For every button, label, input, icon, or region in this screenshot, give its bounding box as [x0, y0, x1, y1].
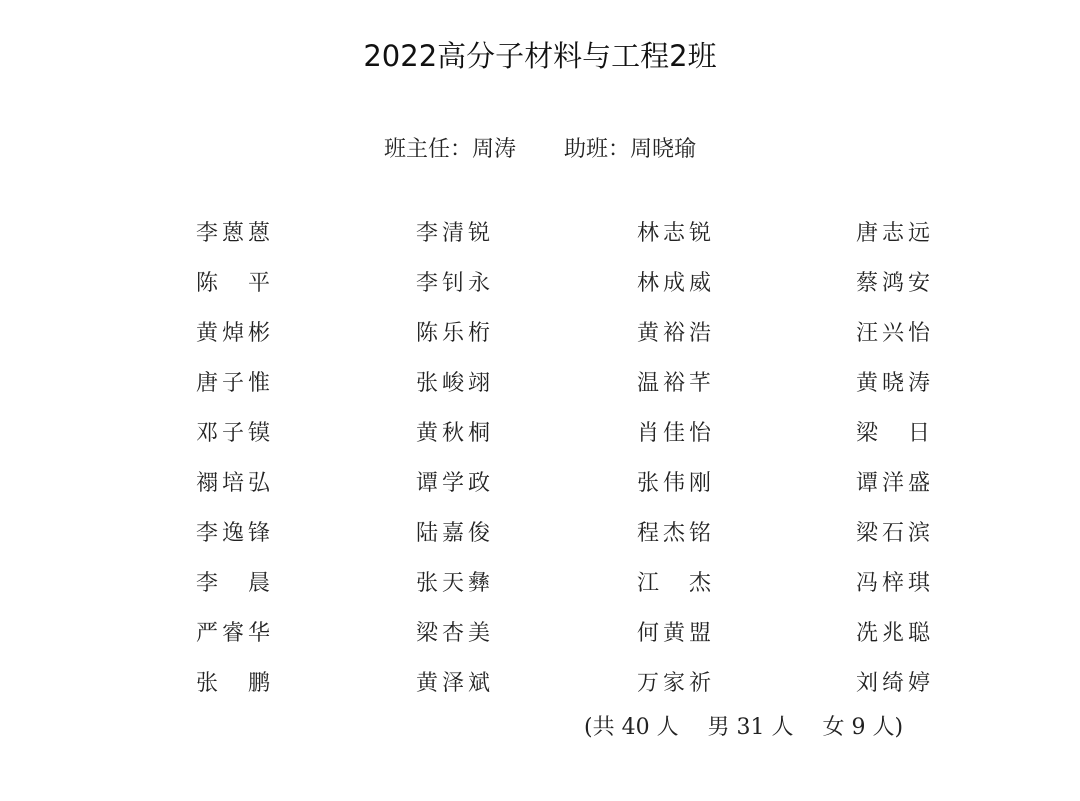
student-name: 梁 日 — [856, 416, 930, 452]
student-name: 何黄盟 — [637, 616, 711, 652]
student-name: 肖佳怡 — [637, 416, 711, 452]
student-name: 黄泽斌 — [416, 666, 490, 702]
student-name: 李 晨 — [196, 566, 270, 602]
student-name: 黄秋桐 — [416, 416, 490, 452]
student-name: 江 杰 — [637, 566, 711, 602]
student-name: 李钊永 — [416, 266, 490, 302]
roster-row: 陈 平 李钊永 林成威 蔡鸿安 — [196, 266, 932, 316]
student-name: 陈 平 — [196, 266, 270, 302]
student-name: 李蒽蒽 — [196, 216, 270, 252]
roster-row: 张 鹏 黄泽斌 万家祈 刘绮婷 — [196, 666, 932, 716]
student-name: 程杰铭 — [637, 516, 711, 552]
roster-row: 李 晨 张天彝 江 杰 冯梓琪 — [196, 566, 932, 616]
headcount-summary: (共 40 人 男 31 人 女 9 人) — [584, 710, 903, 741]
student-name: 唐子惟 — [196, 366, 270, 402]
student-name: 谭学政 — [416, 466, 490, 502]
student-name: 邓子镆 — [196, 416, 270, 452]
roster-row: 李蒽蒽 李清锐 林志锐 唐志远 — [196, 216, 932, 266]
student-name: 蔡鸿安 — [856, 266, 930, 302]
student-name: 冯梓琪 — [856, 566, 930, 602]
staff-line: 班主任：周涛助班：周晓瑜 — [0, 132, 1080, 163]
student-name: 刘绮婷 — [856, 666, 930, 702]
roster-row: 禤培弘 谭学政 张伟刚 谭洋盛 — [196, 466, 932, 516]
student-name: 黄晓涛 — [856, 366, 930, 402]
roster-row: 邓子镆 黄秋桐 肖佳怡 梁 日 — [196, 416, 932, 466]
student-name: 谭洋盛 — [856, 466, 930, 502]
student-name: 温裕芊 — [637, 366, 711, 402]
student-name: 万家祈 — [637, 666, 711, 702]
roster-row: 唐子惟 张峻翊 温裕芊 黄晓涛 — [196, 366, 932, 416]
roster-row: 李逸锋 陆嘉俊 程杰铭 梁石滨 — [196, 516, 932, 566]
student-name: 张 鹏 — [196, 666, 270, 702]
student-name: 黄裕浩 — [637, 316, 711, 352]
student-name: 林志锐 — [637, 216, 711, 252]
page-title: 2022高分子材料与工程2班 — [0, 34, 1080, 75]
student-name: 梁杏美 — [416, 616, 490, 652]
student-name: 张峻翊 — [416, 366, 490, 402]
student-roster: 李蒽蒽 李清锐 林志锐 唐志远 陈 平 李钊永 林成威 蔡鸿安 黄焯彬 陈乐桁 … — [196, 216, 932, 716]
student-name: 严睿华 — [196, 616, 270, 652]
assistant-name: 周晓瑜 — [630, 132, 696, 163]
student-name: 禤培弘 — [196, 466, 270, 502]
student-name: 汪兴怡 — [856, 316, 930, 352]
student-name: 梁石滨 — [856, 516, 930, 552]
student-name: 李逸锋 — [196, 516, 270, 552]
roster-row: 严睿华 梁杏美 何黄盟 冼兆聪 — [196, 616, 932, 666]
head-teacher-name: 周涛 — [472, 132, 516, 163]
student-name: 陈乐桁 — [416, 316, 490, 352]
student-name: 黄焯彬 — [196, 316, 270, 352]
student-name: 张伟刚 — [637, 466, 711, 502]
student-name: 冼兆聪 — [856, 616, 930, 652]
roster-row: 黄焯彬 陈乐桁 黄裕浩 汪兴怡 — [196, 316, 932, 366]
student-name: 张天彝 — [416, 566, 490, 602]
student-name: 陆嘉俊 — [416, 516, 490, 552]
assistant-label: 助班： — [564, 132, 630, 163]
student-name: 唐志远 — [856, 216, 930, 252]
student-name: 林成威 — [637, 266, 711, 302]
head-teacher-label: 班主任： — [384, 132, 472, 163]
student-name: 李清锐 — [416, 216, 490, 252]
